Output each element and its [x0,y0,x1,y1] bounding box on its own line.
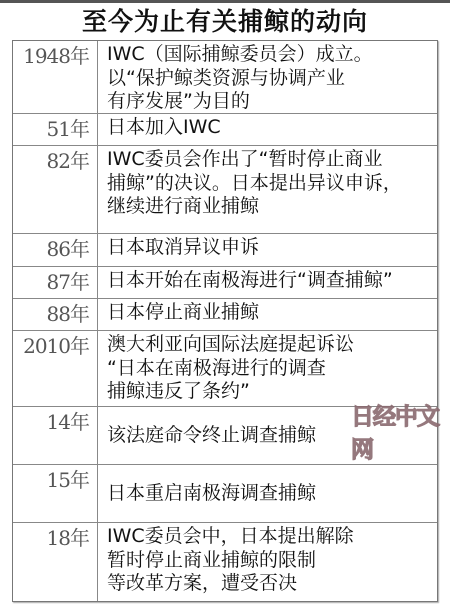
event-cell: 日本取消异议申诉 [98,234,437,266]
event-cell: 日本重启南极海调查捕鲸 [98,465,437,522]
timeline-row-1987: 87年 日本开始在南极海进行“调查捕鲸” [13,266,437,298]
timeline-row-2015: 15年 日本重启南极海调查捕鲸 [13,464,437,522]
year-cell: 82年 [13,146,98,233]
year-cell: 86年 [13,234,98,266]
event-cell: 日本开始在南极海进行“调查捕鲸” [98,267,437,298]
watermark-logo: 日经中文网 [351,398,450,464]
timeline-row-1986: 86年 日本取消异议申诉 [13,233,437,266]
event-cell: 日本加入IWC [98,114,437,145]
year-cell: 2010年 [13,331,98,406]
top-rule [0,0,450,3]
event-cell: 澳大利亚向国际法庭提起诉讼 “日本在南极海进行的调查 捕鲸违反了条约” [98,331,437,406]
timeline-row-2010: 2010年 澳大利亚向国际法庭提起诉讼 “日本在南极海进行的调查 捕鲸违反了条约… [13,330,437,406]
year-cell: 14年 [13,407,98,464]
timeline-row-1982: 82年 IWC委员会作出了“暂时停止商业 捕鲸”的决议。日本提出异议申诉， 继续… [13,145,437,233]
timeline-table: 1948年 IWC（国际捕鲸委员会）成立。 以“保护鲸类资源与协调产业 有序发展… [12,40,438,602]
page-title: 至今为止有关捕鲸的动向 [0,5,450,39]
year-cell: 88年 [13,299,98,330]
timeline-row-1951: 51年 日本加入IWC [13,113,437,145]
timeline-row-1948: 1948年 IWC（国际捕鲸委员会）成立。 以“保护鲸类资源与协调产业 有序发展… [13,41,437,113]
year-cell: 1948年 [13,41,98,113]
year-cell: 51年 [13,114,98,145]
year-cell: 87年 [13,267,98,298]
event-cell: IWC委员会作出了“暂时停止商业 捕鲸”的决议。日本提出异议申诉， 继续进行商业… [98,146,437,233]
timeline-row-1988: 88年 日本停止商业捕鲸 [13,298,437,330]
year-cell: 18年 [13,523,98,601]
event-cell: IWC委员会中，日本提出解除 暂时停止商业捕鲸的限制 等改革方案，遭受否决 [98,523,437,601]
timeline-row-2018: 18年 IWC委员会中，日本提出解除 暂时停止商业捕鲸的限制 等改革方案，遭受否… [13,522,437,601]
event-cell: IWC（国际捕鲸委员会）成立。 以“保护鲸类资源与协调产业 有序发展”为目的 [98,41,437,113]
event-cell: 日本停止商业捕鲸 [98,299,437,330]
year-cell: 15年 [13,465,98,522]
